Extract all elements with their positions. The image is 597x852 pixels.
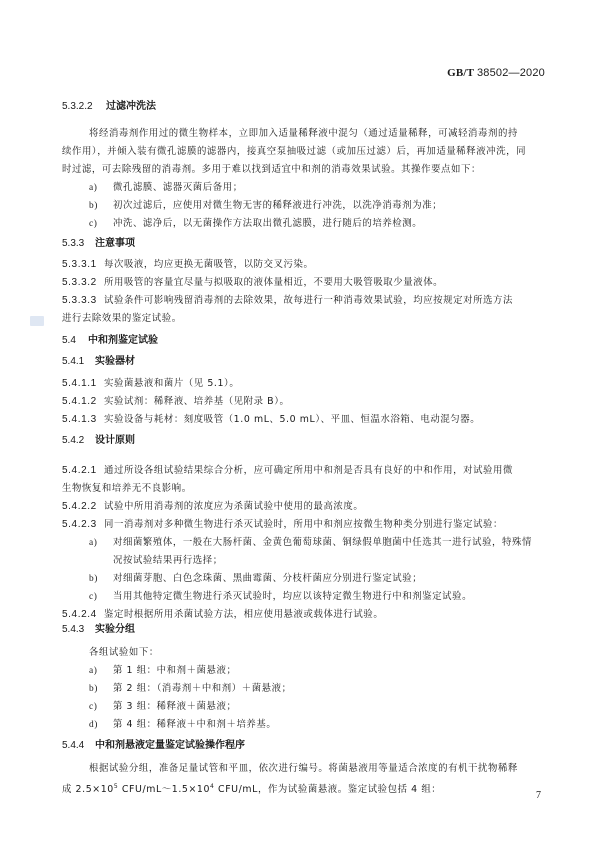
clause: 5.4.2.2试验中所用消毒剂的浓度应为杀菌试验中使用的最高浓度。 [62, 500, 363, 513]
paragraph-line: 将经消毒剂作用过的微生物样本，立即加入适量稀释液中混匀（通过适量稀释，可减轻消毒… [89, 127, 518, 140]
paragraph-line: 时过滤，可去除残留的消毒剂。多用于难以找到适宜中和剂的消毒效果试验。其操作要点如… [62, 163, 481, 176]
heading-5-3-3: 5.3.3注意事项 [62, 237, 135, 250]
heading-5-3-2-2: 5.3.2.2过滤冲洗法 [62, 100, 156, 113]
clause: 5.4.2.1通过所设各组试验结果综合分析，应可确定所用中和剂是否具有良好的中和… [62, 464, 513, 477]
list-item: c)冲洗、滤净后，以无菌操作方法取出微孔滤膜，进行随后的培养检测。 [89, 217, 422, 231]
intro-text: 各组试验如下： [89, 646, 159, 659]
clause-continuation: 生物恢复和培养无不良影响。 [62, 482, 192, 495]
list-item: b)初次过滤后，应使用对微生物无害的稀释液进行冲洗，以洗净消毒剂为准； [89, 199, 442, 213]
heading-5-4-3: 5.4.3实验分组 [62, 623, 135, 636]
clause: 5.4.1.2实验试剂：稀释液、培养基（见附录 B）。 [62, 395, 289, 408]
list-item: b)第 2 组：（消毒剂＋中和剂）＋菌悬液； [89, 682, 292, 696]
standard-number: 38502—2020 [477, 67, 545, 79]
list-item: a)第 1 组：中和剂＋菌悬液； [89, 664, 236, 678]
paragraph-line: 续作用），并倾入装有微孔滤膜的滤器内，接真空泵抽吸过滤（或加压过滤）后，再加适量… [62, 145, 526, 158]
heading-5-4-4: 5.4.4中和剂悬液定量鉴定试验操作程序 [62, 739, 245, 752]
clause-continuation: 进行去除效果的鉴定试验。 [62, 312, 182, 325]
heading-5-4: 5.4中和剂鉴定试验 [62, 334, 158, 347]
heading-5-4-1: 5.4.1实验器材 [62, 355, 135, 368]
list-item: a)微孔滤膜、滤器灭菌后备用； [89, 181, 243, 195]
paragraph-line: 成 2.5×105 CFU/mL～1.5×104 CFU/mL，作为试验菌悬液。… [62, 780, 441, 796]
heading-5-4-2: 5.4.2设计原则 [62, 434, 135, 447]
clause: 5.3.3.2所用吸管的容量宜尽量与拟吸取的液体量相近，不要用大吸管吸取少量液体… [62, 276, 443, 289]
clause: 5.4.2.4鉴定时根据所用杀菌试验方法，相应使用悬液或载体进行试验。 [62, 608, 383, 621]
clause: 5.4.1.1实验菌悬液和菌片（见 5.1）。 [62, 377, 239, 390]
list-item: d)第 4 组：稀释液＋中和剂＋培养基。 [89, 718, 276, 732]
page-number: 7 [536, 790, 541, 801]
standard-prefix: GB/T [447, 67, 474, 79]
watermark-logo-icon [30, 316, 44, 326]
paragraph-line: 根据试验分组，准备足量试管和平皿，依次进行编号。将菌悬液用等量适合浓度的有机干扰… [89, 762, 518, 775]
list-item-continuation: 况按试验结果再行选择； [113, 554, 223, 567]
standard-code: GB/T 38502—2020 [447, 67, 545, 79]
clause: 5.3.3.1每次吸液，均应更换无菌吸管，以防交叉污染。 [62, 258, 313, 271]
clause: 5.4.1.3实验设备与耗材：刻度吸管（1.0 mL、5.0 mL）、平皿、恒温… [62, 413, 480, 426]
list-item: a)对细菌繁殖体，一般在大肠杆菌、金黄色葡萄球菌、铜绿假单胞菌中任选其一进行试验… [89, 536, 532, 550]
list-item: b)对细菌芽胞、白色念珠菌、黑曲霉菌、分枝杆菌应分别进行鉴定试验； [89, 572, 422, 586]
list-item: c)第 3 组：稀释液＋菌悬液； [89, 700, 236, 714]
list-item: c)当用其他特定微生物进行杀灭试验时，均应以该特定微生物进行中和剂鉴定试验。 [89, 590, 472, 604]
document-page: GB/T 38502—2020 5.3.2.2过滤冲洗法 将经消毒剂作用过的微生… [0, 0, 597, 852]
clause: 5.4.2.3同一消毒剂对多种微生物进行杀灭试验时，所用中和剂应按微生物种类分别… [62, 518, 503, 531]
clause: 5.3.3.3试验条件可影响残留消毒剂的去除效果，故每进行一种消毒效果试验，均应… [62, 294, 513, 307]
